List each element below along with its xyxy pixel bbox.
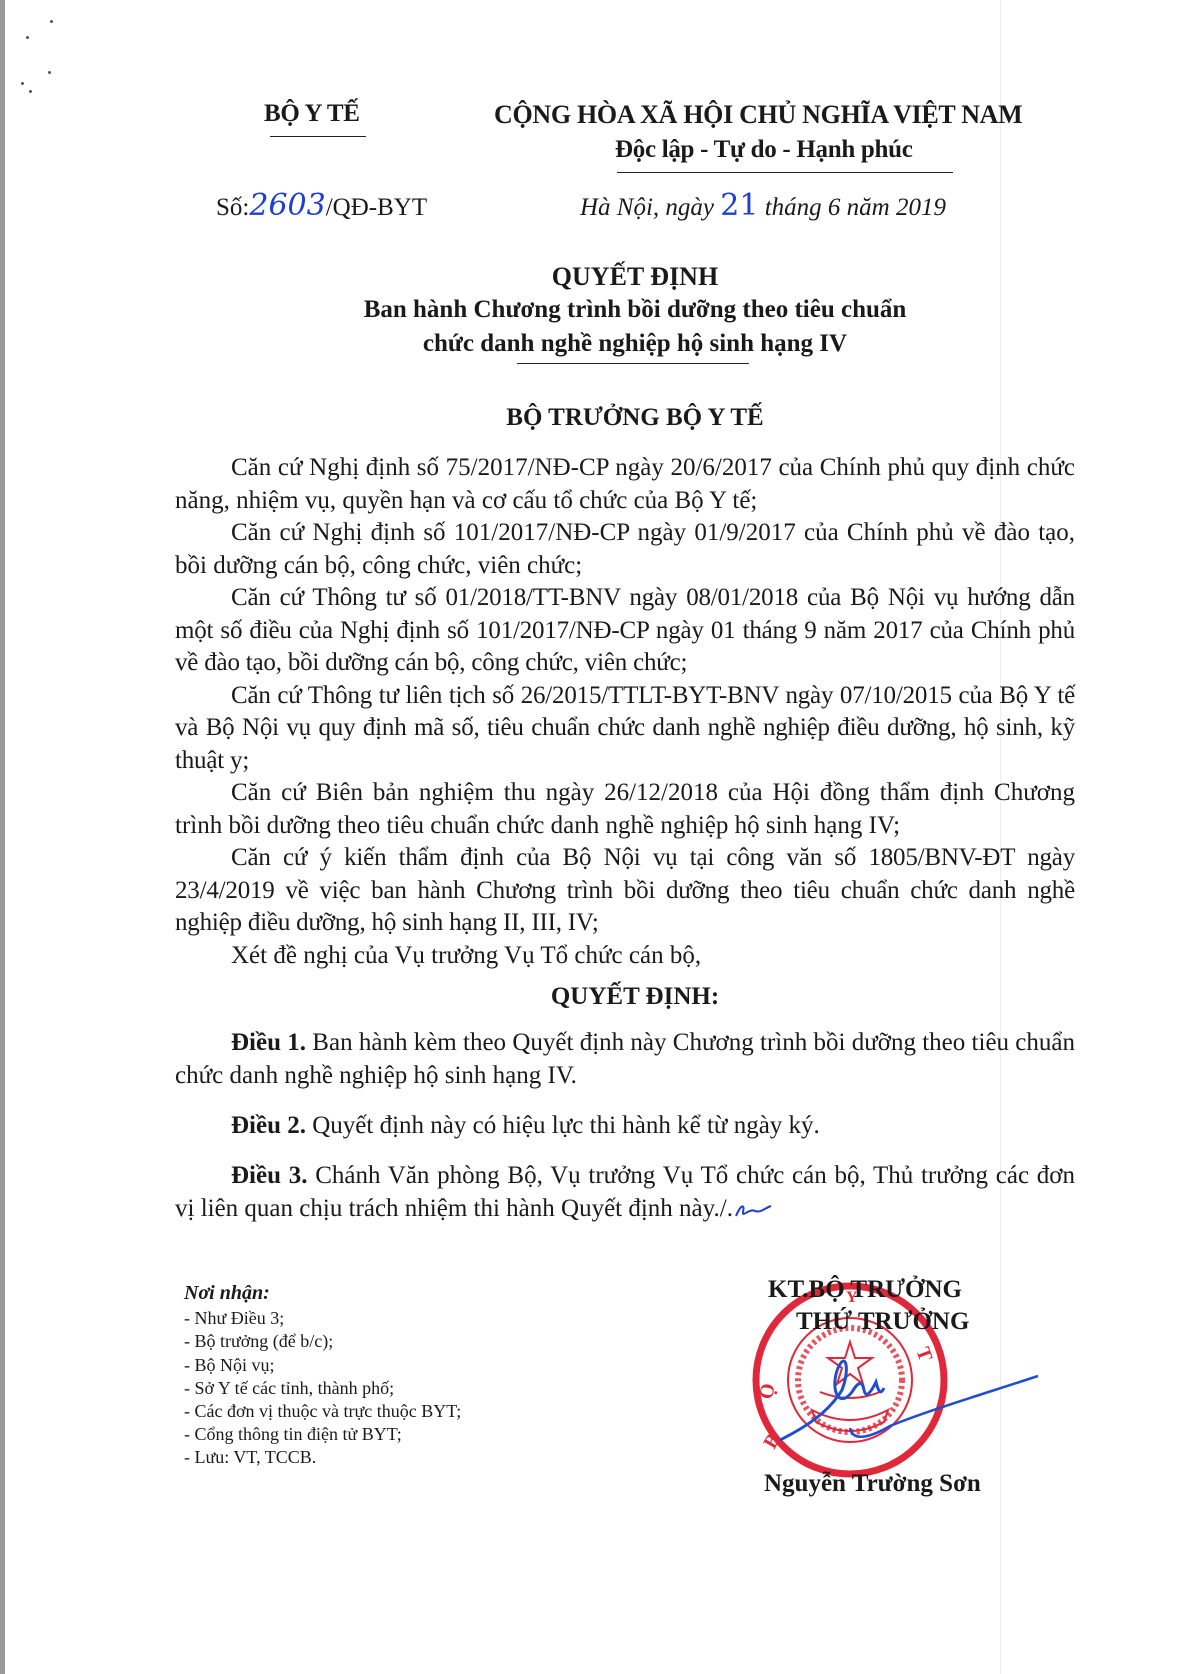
national-title: CỘNG HÒA XÃ HỘI CHỦ NGHĨA VIỆT NAM: [494, 100, 1022, 130]
date-day-handwritten: 21: [720, 188, 758, 223]
scan-speck: [26, 36, 29, 39]
organization-underline: [270, 136, 366, 137]
document-number-handwritten: 2603: [249, 188, 325, 223]
preamble: Căn cứ Nghị định số 75/2017/NĐ-CP ngày 2…: [175, 452, 1075, 972]
document-number-suffix: /QĐ-BYT: [326, 194, 427, 221]
recipients-heading: Nơi nhận:: [184, 1282, 461, 1305]
article-label: Điều 3.: [231, 1162, 307, 1189]
preamble-paragraph: Căn cứ Nghị định số 75/2017/NĐ-CP ngày 2…: [175, 452, 1075, 517]
recipient-item: - Các đơn vị thuộc và trực thuộc BYT;: [184, 1400, 461, 1423]
recipient-item: - Bộ Nội vụ;: [184, 1354, 461, 1377]
scan-speck: [50, 20, 53, 23]
motto-underline: [617, 172, 953, 173]
article-3: Điều 3. Chánh Văn phòng Bộ, Vụ trưởng Vụ…: [175, 1159, 1075, 1225]
recipients-list: Nơi nhận: - Như Điều 3; - Bộ trưởng (để …: [184, 1282, 461, 1470]
scan-speck: [29, 90, 32, 93]
signatory-name: Nguyễn Trường Sơn: [764, 1470, 981, 1498]
document-subtitle-line1: Ban hành Chương trình bồi dưỡng theo tiê…: [0, 296, 1190, 324]
article-text: Quyết định này có hiệu lực thi hành kể t…: [306, 1112, 820, 1139]
preamble-paragraph: Căn cứ Thông tư số 01/2018/TT-BNV ngày 0…: [175, 582, 1075, 680]
preamble-paragraph: Căn cứ Thông tư liên tịch số 26/2015/TTL…: [175, 680, 1075, 778]
preamble-paragraph: Căn cứ ý kiến thẩm định của Bộ Nội vụ tạ…: [175, 842, 1075, 940]
articles: Điều 1. Ban hành kèm theo Quyết định này…: [175, 1026, 1075, 1242]
issuing-organization: BỘ Y TẾ: [264, 100, 360, 128]
scan-speck: [48, 71, 51, 74]
scan-speck: [21, 82, 24, 85]
signatory-title-line1: KT.BỘ TRƯỞNG: [768, 1276, 962, 1304]
place-date-suffix: tháng 6 năm 2019: [765, 194, 946, 221]
article-text: Chánh Văn phòng Bộ, Vụ trưởng Vụ Tổ chức…: [175, 1162, 1075, 1222]
recipient-item: - Lưu: VT, TCCB.: [184, 1446, 461, 1469]
article-label: Điều 1.: [231, 1029, 306, 1056]
title-underline: [517, 363, 749, 364]
document-title: QUYẾT ĐỊNH: [0, 262, 1190, 292]
article-1: Điều 1. Ban hành kèm theo Quyết định này…: [175, 1026, 1075, 1092]
scan-edge: [0, 0, 5, 1674]
place-date-prefix: Hà Nội, ngày: [580, 194, 714, 221]
document-number-prefix: Số:: [216, 194, 249, 221]
recipient-item: - Bộ trưởng (để b/c);: [184, 1330, 461, 1353]
national-motto: Độc lập - Tự do - Hạnh phúc: [615, 136, 913, 164]
decision-heading: QUYẾT ĐỊNH:: [0, 983, 1190, 1011]
place-and-date: Hà Nội, ngày 21 tháng 6 năm 2019: [580, 188, 946, 223]
recipient-item: - Cổng thông tin điện tử BYT;: [184, 1423, 461, 1446]
article-2: Điều 2. Quyết định này có hiệu lực thi h…: [175, 1109, 1075, 1142]
article-text: Ban hành kèm theo Quyết định này Chương …: [175, 1029, 1075, 1089]
handwritten-signature-icon: [780, 1330, 1040, 1450]
preamble-paragraph: Căn cứ Biên bản nghiệm thu ngày 26/12/20…: [175, 777, 1075, 842]
document-number: Số:2603/QĐ-BYT: [216, 188, 427, 223]
article-label: Điều 2.: [231, 1112, 306, 1139]
issuing-authority: BỘ TRƯỞNG BỘ Y TẾ: [0, 404, 1190, 432]
signature-block: Ộ B T Y KT.BỘ TRƯỞNG THỨ TRƯỞNG Nguyễn T…: [740, 1270, 1020, 1530]
preamble-paragraph: Căn cứ Nghị định số 101/2017/NĐ-CP ngày …: [175, 517, 1075, 582]
recipient-item: - Như Điều 3;: [184, 1307, 461, 1330]
initial-mark-icon: [733, 1202, 773, 1220]
preamble-paragraph: Xét đề nghị của Vụ trưởng Vụ Tổ chức cán…: [175, 940, 1075, 973]
recipient-item: - Sở Y tế các tỉnh, thành phố;: [184, 1377, 461, 1400]
document-subtitle-line2: chức danh nghề nghiệp hộ sinh hạng IV: [0, 330, 1190, 358]
svg-text:Ộ: Ộ: [754, 1382, 779, 1401]
